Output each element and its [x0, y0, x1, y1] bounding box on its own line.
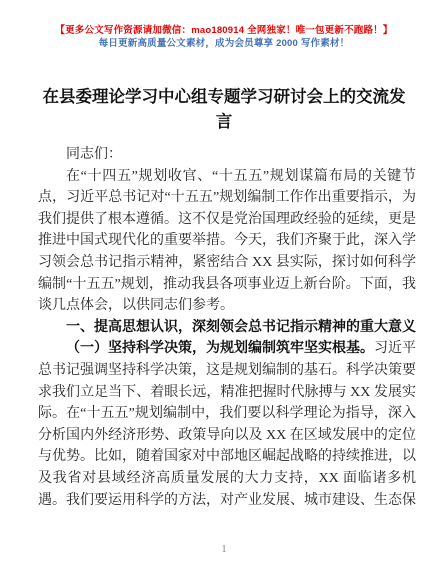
- intro-paragraph: 在“十四五”规划收官、“十五五”规划谋篇布局的关键节点，习近平总书记对“十五五”…: [38, 166, 416, 317]
- ad-banner-line-2: 每日更新高质量公文素材，成为会员尊享 2000 写作素材！: [0, 37, 448, 50]
- section-heading-1: 一、提高思想认识，深刻领会总书记指示精神的重大意义: [38, 317, 416, 339]
- document-body: 同志们： 在“十四五”规划收官、“十五五”规划谋篇布局的关键节点，习近平总书记对…: [38, 144, 416, 516]
- ad-banner-line-1: 【更多公文写作资源请加微信：mao180914 全网独家！唯一包更新不跑路！】: [0, 24, 448, 37]
- ad-banner: 【更多公文写作资源请加微信：mao180914 全网独家！唯一包更新不跑路！】 …: [0, 24, 448, 50]
- section-1-lead: （一）坚持科学决策，为规划编制筑牢坚实根基。: [66, 341, 374, 356]
- document-title: 在县委理论学习中心组专题学习研讨会上的交流发言: [42, 85, 406, 135]
- page-number: 1: [0, 544, 448, 555]
- document-page: 【更多公文写作资源请加微信：mao180914 全网独家！唯一包更新不跑路！】 …: [0, 0, 448, 580]
- greeting-paragraph: 同志们：: [38, 144, 416, 166]
- section-1-paragraph: （一）坚持科学决策，为规划编制筑牢坚实根基。习近平总书记强调坚持科学决策，这是规…: [38, 338, 416, 511]
- section-1-text: 习近平总书记强调坚持科学决策，这是规划编制的基石。科学决策要求我们立足当下、着眼…: [38, 341, 416, 507]
